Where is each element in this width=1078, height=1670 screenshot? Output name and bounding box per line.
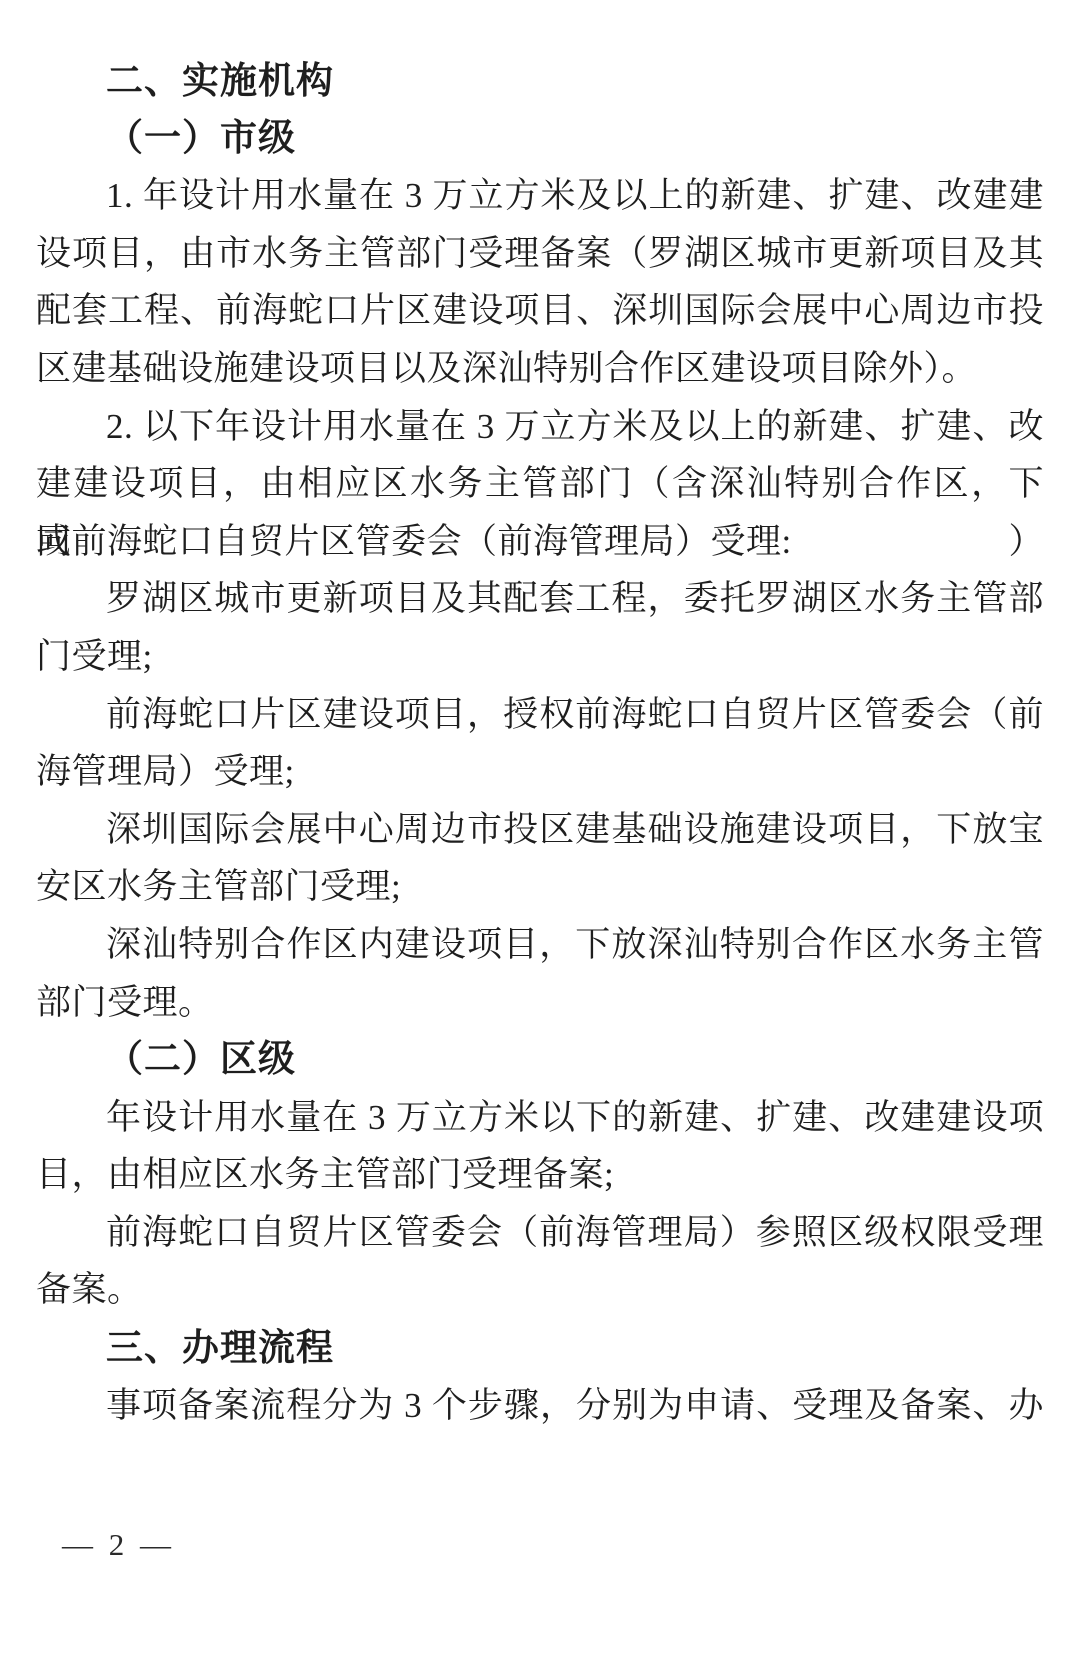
paragraph-line: 安区水务主管部门受理; bbox=[36, 858, 1044, 916]
document-page: 二、实施机构 （一）市级 1. 年设计用水量在 3 万立方米及以上的新建、扩建、… bbox=[0, 0, 1078, 1670]
paragraph-line: 深汕特别合作区内建设项目，下放深汕特别合作区水务主管 bbox=[36, 916, 1044, 974]
paragraph-line: 门受理; bbox=[36, 628, 1044, 686]
paragraph-line: 建建设项目，由相应区水务主管部门（含深汕特别合作区，下同） bbox=[36, 455, 1044, 513]
paragraph-line: 配套工程、前海蛇口片区建设项目、深圳国际会展中心周边市投 bbox=[36, 282, 1044, 340]
subsection-heading-city-level: （一）市级 bbox=[36, 110, 1044, 168]
paragraph-line: 设项目，由市水务主管部门受理备案（罗湖区城市更新项目及其 bbox=[36, 225, 1044, 283]
paragraph-line: 部门受理。 bbox=[36, 974, 1044, 1032]
paragraph-line: 深圳国际会展中心周边市投区建基础设施建设项目，下放宝 bbox=[36, 801, 1044, 859]
paragraph-line: 2. 以下年设计用水量在 3 万立方米及以上的新建、扩建、改 bbox=[36, 398, 1044, 456]
subsection-heading-district-level: （二）区级 bbox=[36, 1031, 1044, 1089]
paragraph-line: 目，由相应区水务主管部门受理备案; bbox=[36, 1146, 1044, 1204]
page-number: — 2 — bbox=[62, 1524, 175, 1566]
paragraph-line: 事项备案流程分为 3 个步骤，分别为申请、受理及备案、办 bbox=[36, 1377, 1044, 1435]
paragraph-line: 罗湖区城市更新项目及其配套工程，委托罗湖区水务主管部 bbox=[36, 570, 1044, 628]
paragraph-line: 前海蛇口片区建设项目，授权前海蛇口自贸片区管委会（前 bbox=[36, 686, 1044, 744]
paragraph-line: 备案。 bbox=[36, 1261, 1044, 1319]
section-heading-implementing-agency: 二、实施机构 bbox=[36, 52, 1044, 110]
paragraph-line: 区建基础设施建设项目以及深汕特别合作区建设项目除外）。 bbox=[36, 340, 1044, 398]
paragraph-line: 海管理局）受理; bbox=[36, 743, 1044, 801]
section-heading-process: 三、办理流程 bbox=[36, 1319, 1044, 1377]
paragraph-line: 1. 年设计用水量在 3 万立方米及以上的新建、扩建、改建建 bbox=[36, 167, 1044, 225]
document-body: 二、实施机构 （一）市级 1. 年设计用水量在 3 万立方米及以上的新建、扩建、… bbox=[36, 52, 1044, 1434]
paragraph-line: 年设计用水量在 3 万立方米以下的新建、扩建、改建建设项 bbox=[36, 1089, 1044, 1147]
paragraph-line: 前海蛇口自贸片区管委会（前海管理局）参照区级权限受理 bbox=[36, 1204, 1044, 1262]
